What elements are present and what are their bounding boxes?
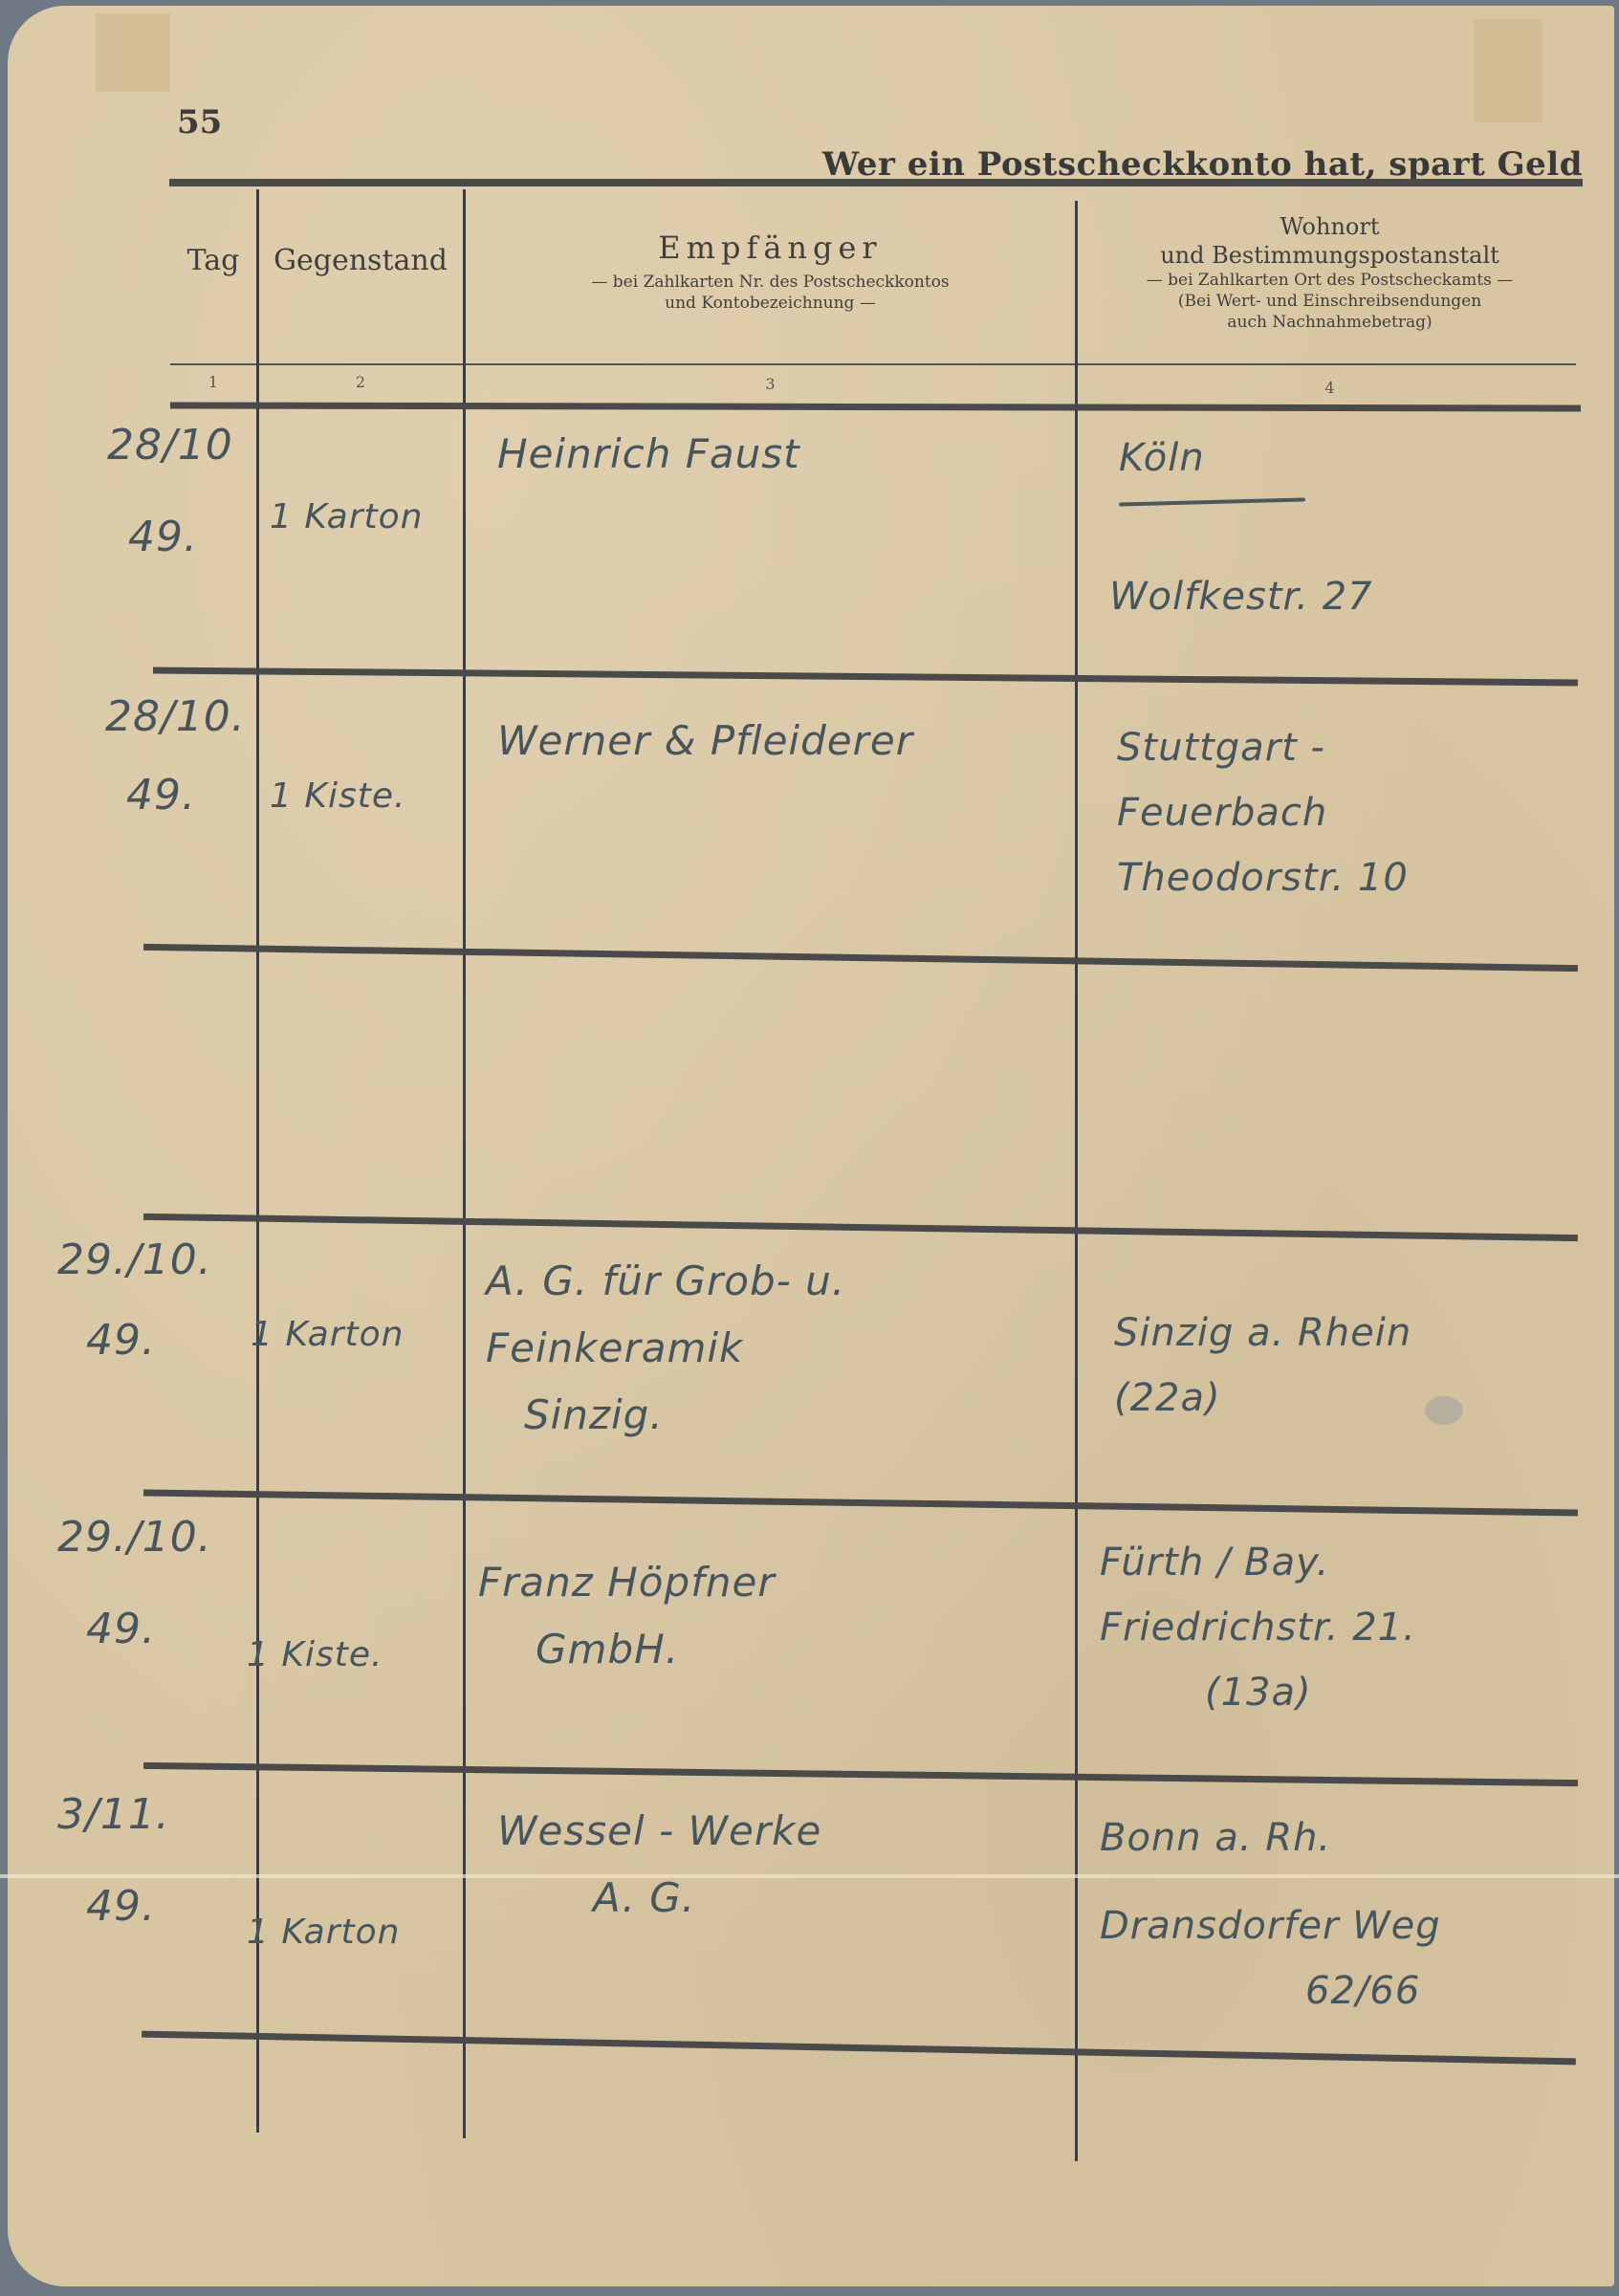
column-number-3: 3 <box>467 375 1074 393</box>
row2-recipient: Werner & Pfleiderer <box>497 708 913 775</box>
row4-date: 29./10. 49. <box>57 1234 212 1367</box>
header-tag-title: Tag <box>170 244 256 277</box>
row5-recipient: Franz Höpfner GmbH. <box>478 1549 776 1683</box>
row1-address-street: Wolfkestr. 27 <box>1109 564 1373 629</box>
header-subrule <box>170 363 1576 365</box>
row6-recipient: Wessel - Werke A. G. <box>497 1798 821 1932</box>
row5-date: 29./10. 49. <box>57 1511 212 1656</box>
header-tag: Tag <box>170 244 256 277</box>
row5-address: Fürth / Bay. Friedrichstr. 21. (13a) <box>1100 1530 1416 1725</box>
column-divider-1 <box>256 189 259 2132</box>
row1-date: 28/10 49. <box>107 419 233 564</box>
tape-stain-left <box>96 13 170 92</box>
row1-recipient: Heinrich Faust <box>497 421 800 488</box>
header-rule <box>169 179 1583 186</box>
column-number-4: 4 <box>1079 379 1581 397</box>
row6-item: 1 Karton <box>247 1913 401 1952</box>
header-wohnort-title2: und Bestimmungspostanstalt <box>1079 241 1581 270</box>
ink-blot <box>1425 1396 1463 1425</box>
row2-date: 28/10. 49. <box>105 690 246 822</box>
row2-address: Stuttgart - Feuerbach Theodorstr. 10 <box>1117 715 1409 910</box>
column-divider-2 <box>463 189 466 2138</box>
header-wohnort-note3: auch Nachnahmebetrag) <box>1079 312 1581 333</box>
column-number-1: 1 <box>170 373 256 391</box>
row2-item: 1 Kiste. <box>270 776 405 816</box>
page-number: 55 <box>177 103 222 142</box>
row6-date: 3/11. 49. <box>57 1788 170 1934</box>
header-empfaenger-title: Empfänger <box>467 230 1074 266</box>
row4-item: 1 Karton <box>251 1315 405 1354</box>
row4-recipient: A. G. für Grob- u. Feinkeramik Sinzig. <box>486 1248 845 1449</box>
row4-address: Sinzig a. Rhein (22a) <box>1114 1301 1411 1431</box>
header-wohnort-title1: Wohnort <box>1079 212 1581 241</box>
header-wohnort: Wohnort und Bestimmungspostanstalt — bei… <box>1079 212 1581 333</box>
header-empfaenger-note1: — bei Zahlkarten Nr. des Postscheckkonto… <box>467 272 1074 293</box>
slogan-heading: Wer ein Postscheckkonto hat, spart Geld <box>822 145 1583 184</box>
row6-address: Bonn a. Rh. Dransdorfer Weg 62/66 <box>1100 1805 1441 2023</box>
row1-item: 1 Karton <box>270 497 424 536</box>
header-wohnort-note2: (Bei Wert- und Einschreibsendungen <box>1079 291 1581 312</box>
header-gegenstand: Gegenstand <box>260 244 461 277</box>
header-empfaenger: Empfänger — bei Zahlkarten Nr. des Posts… <box>467 230 1074 314</box>
row5-item: 1 Kiste. <box>247 1635 383 1674</box>
header-gegenstand-title: Gegenstand <box>260 244 461 277</box>
header-wohnort-note1: — bei Zahlkarten Ort des Postscheckamts … <box>1079 270 1581 291</box>
tape-stain-right <box>1474 19 1542 122</box>
row1-address-city: Köln <box>1119 426 1205 491</box>
header-empfaenger-note2: und Kontobezeichnung — <box>467 293 1074 314</box>
column-divider-3 <box>1075 201 1078 2161</box>
column-number-2: 2 <box>260 373 461 391</box>
